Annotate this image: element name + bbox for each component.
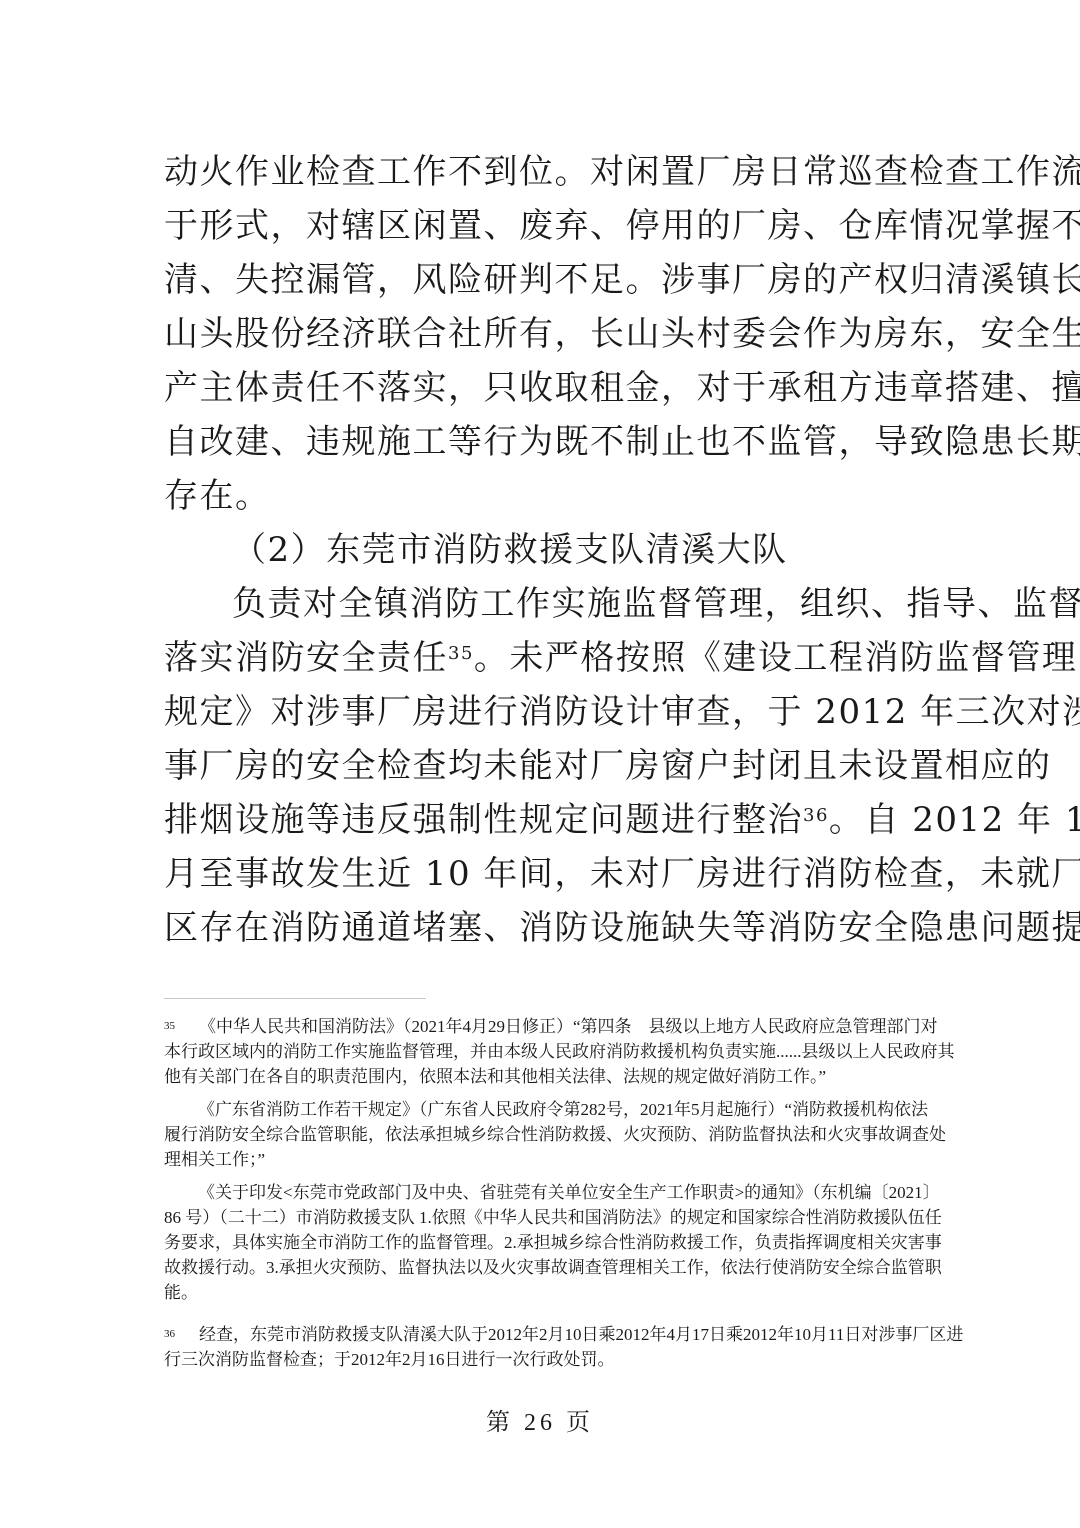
- text-line: 规定》对涉事厂房进行消防设计审查，于 2012 年三次对涉: [164, 685, 916, 739]
- footnote-line: 《广东省消防工作若干规定》（广东省人民政府令第282号，2021年5月起施行）“…: [164, 1097, 916, 1122]
- footnote-36: 36经查，东莞市消防救援支队清溪大队于2012年2月10日乘2012年4月17日…: [164, 1322, 916, 1372]
- footnote-divider: [164, 998, 426, 999]
- footnote-line: 86 号）（二十二）市消防救援支队 1.依照《中华人民共和国消防法》的规定和国家…: [164, 1205, 916, 1230]
- text-line: 清、失控漏管，风险研判不足。涉事厂房的产权归清溪镇长: [164, 253, 916, 307]
- footnote-line: 36经查，东莞市消防救援支队清溪大队于2012年2月10日乘2012年4月17日…: [164, 1322, 916, 1347]
- footnote-line: 能。: [164, 1280, 916, 1305]
- document-page: 动火作业检查工作不到位。对闲置厂房日常巡查检查工作流 于形式，对辖区闲置、废弃、…: [0, 0, 1080, 1528]
- footnote-ref-35[interactable]: 35: [448, 643, 474, 664]
- footnote-number: 35: [164, 1020, 175, 1032]
- section-heading: （2）东莞市消防救援支队清溪大队: [164, 523, 916, 577]
- text-segment: 。未严格按照《建设工程消防监督管理: [474, 638, 1078, 678]
- text-line: 区存在消防通道堵塞、消防设施缺失等消防安全隐患问题提: [164, 901, 916, 955]
- text-line: 动火作业检查工作不到位。对闲置厂房日常巡查检查工作流: [164, 145, 916, 199]
- paragraph-village-committee: 动火作业检查工作不到位。对闲置厂房日常巡查检查工作流 于形式，对辖区闲置、废弃、…: [164, 145, 916, 955]
- footnote-line: 故救援行动。3.承担火灾预防、监督执法以及火灾事故调查管理相关工作，依法行使消防…: [164, 1255, 916, 1280]
- text-line: 负责对全镇消防工作实施监督管理，组织、指导、监督: [164, 577, 916, 631]
- footnote-35-dongguan: 《关于印发<东莞市党政部门及中央、省驻莞有关单位安全生产工作职责>的通知》（东机…: [164, 1180, 916, 1305]
- text-line: 于形式，对辖区闲置、废弃、停用的厂房、仓库情况掌握不: [164, 199, 916, 253]
- text-line: 存在。: [164, 469, 916, 523]
- text-segment: 落实消防安全责任: [164, 638, 448, 678]
- footnote-line: 履行消防安全综合监管职能，依法承担城乡综合性消防救援、火灾预防、消防监督执法和火…: [164, 1122, 916, 1147]
- footnote-ref-36[interactable]: 36: [803, 805, 829, 826]
- text-line: 事厂房的安全检查均未能对厂房窗户封闭且未设置相应的: [164, 739, 916, 793]
- footnote-number: 36: [164, 1328, 175, 1340]
- footnote-35-guangdong: 《广东省消防工作若干规定》（广东省人民政府令第282号，2021年5月起施行）“…: [164, 1097, 916, 1172]
- text-line: 山头股份经济联合社所有，长山头村委会作为房东，安全生: [164, 307, 916, 361]
- text-line: 落实消防安全责任35。未严格按照《建设工程消防监督管理: [164, 631, 916, 685]
- text-segment: 经查，东莞市消防救援支队清溪大队于2012年2月10日乘2012年4月17日乘2…: [199, 1325, 963, 1344]
- text-line: 排烟设施等违反强制性规定问题进行整治36。自 2012 年 10: [164, 793, 916, 847]
- text-segment: 《中华人民共和国消防法》（2021年4月29日修正）“第四条 县级以上地方人民政…: [199, 1017, 938, 1036]
- page-number: 第 26 页: [0, 1402, 1080, 1437]
- footnote-line: 35《中华人民共和国消防法》（2021年4月29日修正）“第四条 县级以上地方人…: [164, 1014, 916, 1039]
- footnote-line: 他有关部门在各自的职责范围内，依照本法和其他相关法律、法规的规定做好消防工作。”: [164, 1064, 916, 1089]
- footnote-line: 《关于印发<东莞市党政部门及中央、省驻莞有关单位安全生产工作职责>的通知》（东机…: [164, 1180, 916, 1205]
- footnote-35: 35《中华人民共和国消防法》（2021年4月29日修正）“第四条 县级以上地方人…: [164, 1014, 916, 1089]
- footnote-line: 务要求，具体实施全市消防工作的监督管理。2.承担城乡综合性消防救援工作，负责指挥…: [164, 1230, 916, 1255]
- text-segment: 。自 2012 年 10: [829, 800, 1080, 840]
- text-line: 自改建、违规施工等行为既不制止也不监管，导致隐患长期: [164, 415, 916, 469]
- text-line: 产主体责任不落实，只收取租金，对于承租方违章搭建、擅: [164, 361, 916, 415]
- text-line: 月至事故发生近 10 年间，未对厂房进行消防检查，未就厂: [164, 847, 916, 901]
- text-segment: 排烟设施等违反强制性规定问题进行整治: [164, 800, 803, 840]
- footnote-line: 理相关工作；”: [164, 1147, 916, 1172]
- footnote-line: 本行政区域内的消防工作实施监督管理，并由本级人民政府消防救援机构负责实施....…: [164, 1039, 916, 1064]
- footnote-line: 行三次消防监督检查；于2012年2月16日进行一次行政处罚。: [164, 1347, 916, 1372]
